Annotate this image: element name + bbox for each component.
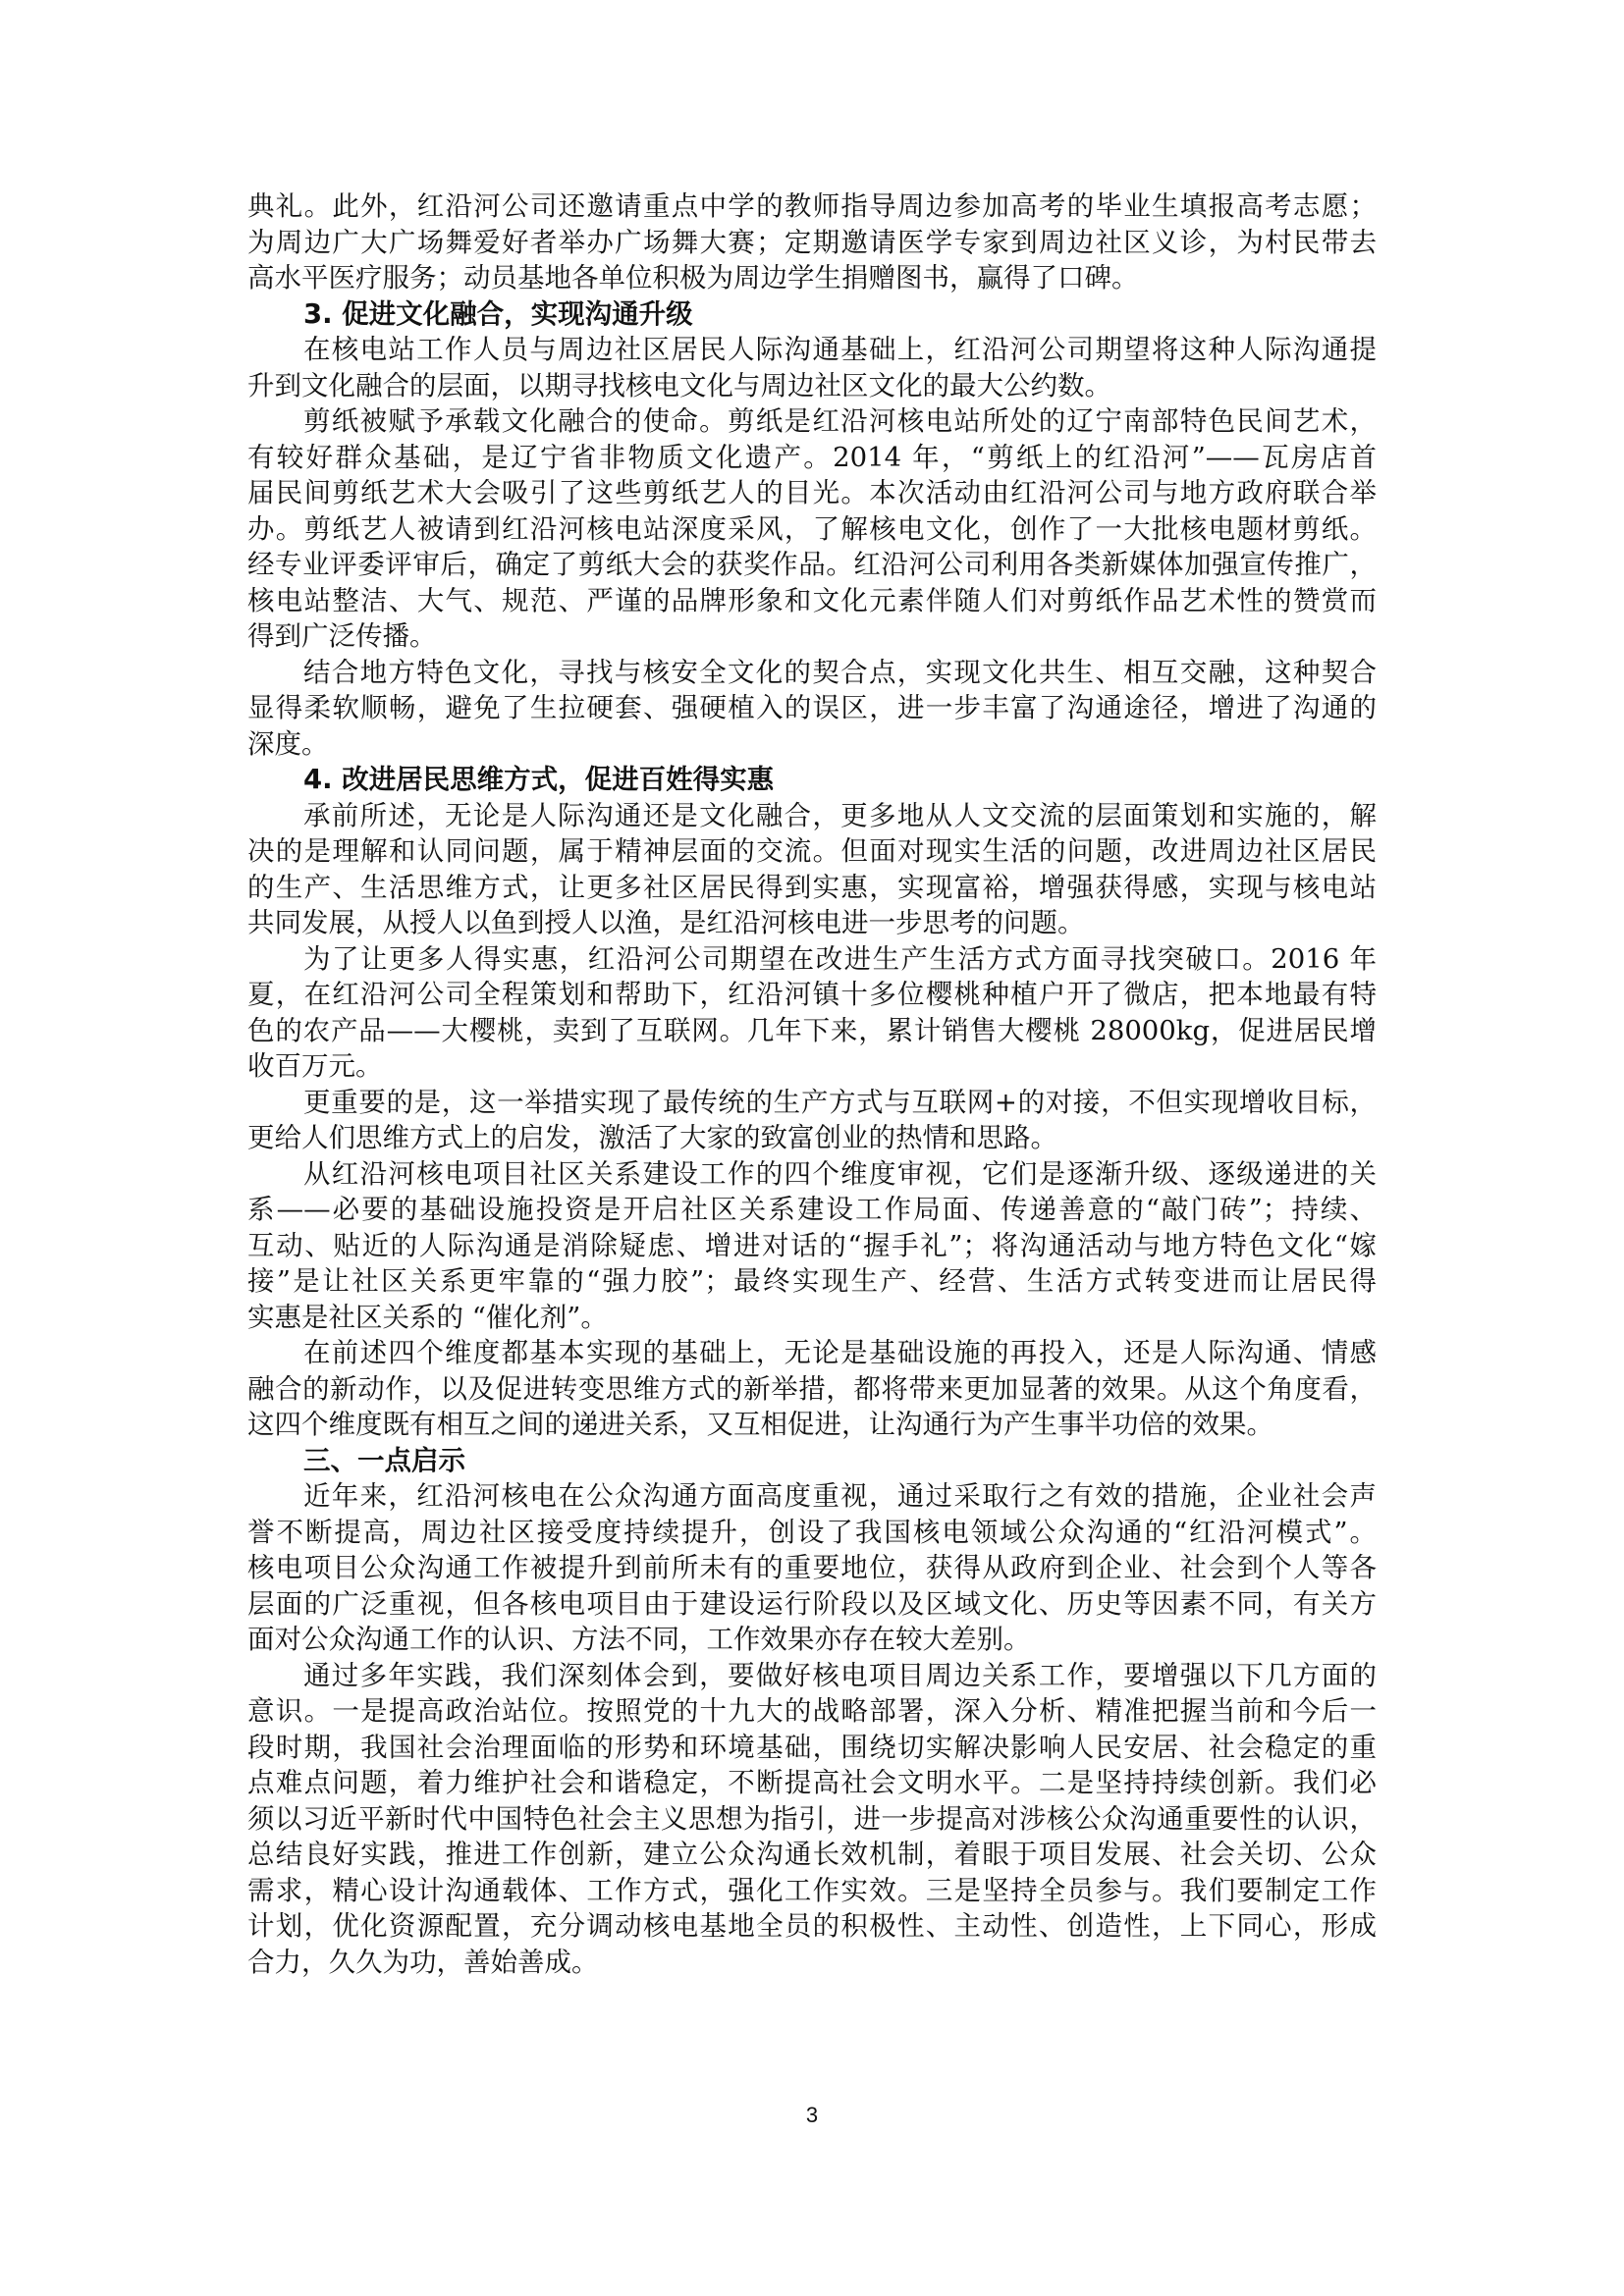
heading-text: 4. 改进居民思维方式，促进百姓得实惠 [247,762,1377,798]
text-line: 得到广泛传播。 [247,618,1377,655]
text-line: 收百万元。 [247,1048,1377,1085]
paragraph: 近年来，红沿河核电在公众沟通方面高度重视，通过采取行之有效的措施，企业社会声誉不… [247,1478,1377,1658]
paragraph: 剪纸被赋予承载文化融合的使命。剪纸是红沿河核电站所处的辽宁南部特色民间艺术，有较… [247,403,1377,655]
text-line: 为周边广大广场舞爱好者举办广场舞大赛；定期邀请医学专家到周边社区义诊，为村民带去 [247,225,1377,261]
heading-text: 3. 促进文化融合，实现沟通升级 [247,296,1377,333]
text-line: 办。剪纸艺人被请到红沿河核电站深度采风，了解核电文化，创作了一大批核电题材剪纸。 [247,511,1377,548]
text-line: 承前所述，无论是人际沟通还是文化融合，更多地从人文交流的层面策划和实施的，解 [247,798,1377,834]
text-line: 点难点问题，着力维护社会和谐稳定，不断提高社会文明水平。二是坚持持续创新。我们必 [247,1765,1377,1801]
section-heading: 4. 改进居民思维方式，促进百姓得实惠 [247,762,1377,798]
text-line: 核电站整洁、大气、规范、严谨的品牌形象和文化元素伴随人们对剪纸作品艺术性的赞赏而 [247,583,1377,619]
heading-text: 三、一点启示 [247,1443,1377,1479]
text-line: 融合的新动作，以及促进转变思维方式的新举措，都将带来更加显著的效果。从这个角度看… [247,1371,1377,1408]
paragraph: 典礼。此外，红沿河公司还邀请重点中学的教师指导周边参加高考的毕业生填报高考志愿；… [247,188,1377,296]
text-line: 高水平医疗服务；动员基地各单位积极为周边学生捐赠图书，赢得了口碑。 [247,260,1377,296]
text-line: 这四个维度既有相互之间的递进关系，又互相促进，让沟通行为产生事半功倍的效果。 [247,1407,1377,1443]
text-line: 有较好群众基础，是辽宁省非物质文化遗产。2014 年，“剪纸上的红沿河”——瓦房… [247,440,1377,476]
paragraph: 在核电站工作人员与周边社区居民人际沟通基础上，红沿河公司期望将这种人际沟通提升到… [247,332,1377,403]
text-line: 互动、贴近的人际沟通是消除疑虑、增进对话的“握手礼”；将沟通活动与地方特色文化“… [247,1228,1377,1264]
text-line: 合力，久久为功，善始善成。 [247,1945,1377,1981]
text-line: 系——必要的基础设施投资是开启社区关系建设工作局面、传递善意的“敲门砖”；持续、 [247,1192,1377,1228]
text-line: 升到文化融合的层面，以期寻找核电文化与周边社区文化的最大公约数。 [247,368,1377,404]
text-line: 通过多年实践，我们深刻体会到，要做好核电项目周边关系工作，要增强以下几方面的 [247,1658,1377,1694]
text-line: 更重要的是，这一举措实现了最传统的生产方式与互联网+的对接，不但实现增收目标， [247,1085,1377,1121]
text-line: 层面的广泛重视，但各核电项目由于建设运行阶段以及区域文化、历史等因素不同，有关方 [247,1586,1377,1623]
text-line: 实惠是社区关系的 “催化剂”。 [247,1300,1377,1336]
text-line: 更给人们思维方式上的启发，激活了大家的致富创业的热情和思路。 [247,1120,1377,1156]
text-line: 深度。 [247,726,1377,763]
text-line: 结合地方特色文化，寻找与核安全文化的契合点，实现文化共生、相互交融，这种契合 [247,655,1377,691]
text-line: 在前述四个维度都基本实现的基础上，无论是基础设施的再投入，还是人际沟通、情感 [247,1335,1377,1371]
text-line: 为了让更多人得实惠，红沿河公司期望在改进生产生活方式方面寻找突破口。2016 年 [247,941,1377,978]
text-line: 需求，精心设计沟通载体、工作方式，强化工作实效。三是坚持全员参与。我们要制定工作 [247,1873,1377,1909]
text-line: 从红沿河核电项目社区关系建设工作的四个维度审视，它们是逐渐升级、逐级递进的关 [247,1156,1377,1193]
paragraph: 为了让更多人得实惠，红沿河公司期望在改进生产生活方式方面寻找突破口。2016 年… [247,941,1377,1085]
section-heading: 三、一点启示 [247,1443,1377,1479]
text-line: 经专业评委评审后，确定了剪纸大会的获奖作品。红沿河公司利用各类新媒体加强宣传推广… [247,547,1377,583]
text-line: 意识。一是提高政治站位。按照党的十九大的战略部署，深入分析、精准把握当前和今后一 [247,1693,1377,1730]
text-line: 典礼。此外，红沿河公司还邀请重点中学的教师指导周边参加高考的毕业生填报高考志愿； [247,188,1377,225]
text-line: 须以习近平新时代中国特色社会主义思想为指引，进一步提高对涉核公众沟通重要性的认识… [247,1801,1377,1838]
text-line: 夏，在红沿河公司全程策划和帮助下，红沿河镇十多位樱桃种植户开了微店，把本地最有特 [247,977,1377,1013]
paragraph: 承前所述，无论是人际沟通还是文化融合，更多地从人文交流的层面策划和实施的，解决的… [247,798,1377,941]
text-line: 誉不断提高，周边社区接受度持续提升，创设了我国核电领域公众沟通的“红沿河模式”。 [247,1515,1377,1551]
text-line: 共同发展，从授人以鱼到授人以渔，是红沿河核电进一步思考的问题。 [247,905,1377,941]
paragraph: 从红沿河核电项目社区关系建设工作的四个维度审视，它们是逐渐升级、逐级递进的关系—… [247,1156,1377,1336]
text-line: 近年来，红沿河核电在公众沟通方面高度重视，通过采取行之有效的措施，企业社会声 [247,1478,1377,1515]
text-line: 届民间剪纸艺术大会吸引了这些剪纸艺人的目光。本次活动由红沿河公司与地方政府联合举 [247,475,1377,511]
page-number: 3 [0,2103,1624,2128]
paragraph: 通过多年实践，我们深刻体会到，要做好核电项目周边关系工作，要增强以下几方面的意识… [247,1658,1377,1981]
document-body: 典礼。此外，红沿河公司还邀请重点中学的教师指导周边参加高考的毕业生填报高考志愿；… [247,188,1377,1980]
text-line: 显得柔软顺畅，避免了生拉硬套、强硬植入的误区，进一步丰富了沟通途径，增进了沟通的 [247,690,1377,726]
text-line: 面对公众沟通工作的认识、方法不同，工作效果亦存在较大差别。 [247,1622,1377,1658]
text-line: 色的农产品——大樱桃，卖到了互联网。几年下来，累计销售大樱桃 28000kg，促… [247,1013,1377,1049]
paragraph: 更重要的是，这一举措实现了最传统的生产方式与互联网+的对接，不但实现增收目标，更… [247,1085,1377,1156]
text-line: 计划，优化资源配置，充分调动核电基地全员的积极性、主动性、创造性，上下同心，形成 [247,1908,1377,1945]
text-line: 接”是让社区关系更牢靠的“强力胶”；最终实现生产、经营、生活方式转变进而让居民得 [247,1263,1377,1300]
text-line: 的生产、生活思维方式，让更多社区居民得到实惠，实现富裕，增强获得感，实现与核电站 [247,870,1377,906]
text-line: 剪纸被赋予承载文化融合的使命。剪纸是红沿河核电站所处的辽宁南部特色民间艺术， [247,403,1377,440]
paragraph: 结合地方特色文化，寻找与核安全文化的契合点，实现文化共生、相互交融，这种契合显得… [247,655,1377,763]
text-line: 决的是理解和认同问题，属于精神层面的交流。但面对现实生活的问题，改进周边社区居民 [247,833,1377,870]
section-heading: 3. 促进文化融合，实现沟通升级 [247,296,1377,333]
text-line: 总结良好实践，推进工作创新，建立公众沟通长效机制，着眼于项目发展、社会关切、公众 [247,1837,1377,1873]
text-line: 段时期，我国社会治理面临的形势和环境基础，围绕切实解决影响人民安居、社会稳定的重 [247,1730,1377,1766]
paragraph: 在前述四个维度都基本实现的基础上，无论是基础设施的再投入，还是人际沟通、情感融合… [247,1335,1377,1443]
text-line: 在核电站工作人员与周边社区居民人际沟通基础上，红沿河公司期望将这种人际沟通提 [247,332,1377,368]
text-line: 核电项目公众沟通工作被提升到前所未有的重要地位，获得从政府到企业、社会到个人等各 [247,1550,1377,1586]
